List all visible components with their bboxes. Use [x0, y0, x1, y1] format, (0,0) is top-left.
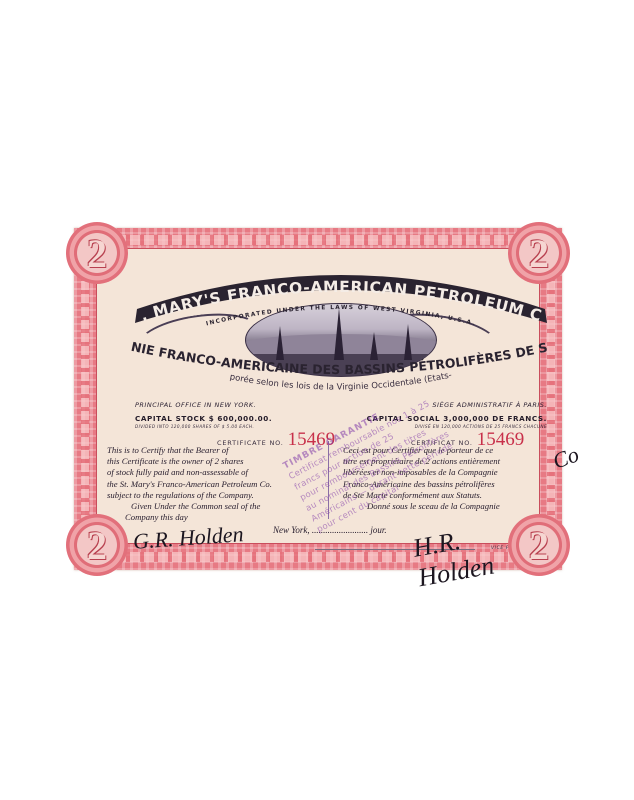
certification-text-fr: Ceci est pour Certifier que le porteur d…: [343, 445, 553, 512]
stock-certificate: ST. MARY'S FRANCO-AMERICAN PETROLEUM CO.…: [74, 228, 562, 570]
capital-stock: CAPITAL STOCK $ 600,000.00.: [135, 414, 272, 423]
title-ribbon: ST. MARY'S FRANCO-AMERICAN PETROLEUM CO.…: [133, 271, 549, 327]
principal-office: PRINCIPAL OFFICE IN NEW YORK.: [135, 401, 256, 409]
siege-administratif: SIÈGE ADMINISTRATIF À PARIS.: [432, 401, 547, 409]
denomination-medallion-bottom-right: 2: [508, 514, 570, 576]
office-line: PRINCIPAL OFFICE IN NEW YORK. SIÈGE ADMI…: [135, 401, 547, 409]
capital-line: CAPITAL STOCK $ 600,000.00. CAPITAL SOCI…: [135, 414, 547, 423]
place-and-date: New York, ......................... jour…: [273, 525, 387, 535]
french-title: COMPAGNIE FRANCO-AMERICAINE DES BASSINS …: [129, 347, 553, 395]
border-band-top: [88, 235, 548, 245]
company-title-en: ST. MARY'S FRANCO-AMERICAN PETROLEUM CO.: [126, 257, 544, 325]
capital-social: CAPITAL SOCIAL 3,000,000 DE FRANCS.: [367, 414, 547, 423]
border-band-left: [81, 248, 89, 550]
certification-text-en: This is to Certify that the Bearer of th…: [107, 445, 307, 523]
denomination-medallion-top-right: 2: [508, 222, 570, 284]
certificate-face: ST. MARY'S FRANCO-AMERICAN PETROLEUM CO.…: [96, 248, 540, 544]
denomination-medallion-bottom-left: 2: [66, 514, 128, 576]
incorporated-en: INCORPORATED UNDER THE LAWS OF WEST VIRG…: [206, 305, 477, 327]
denomination-medallion-top-left: 2: [66, 222, 128, 284]
column-divider: [328, 441, 329, 519]
